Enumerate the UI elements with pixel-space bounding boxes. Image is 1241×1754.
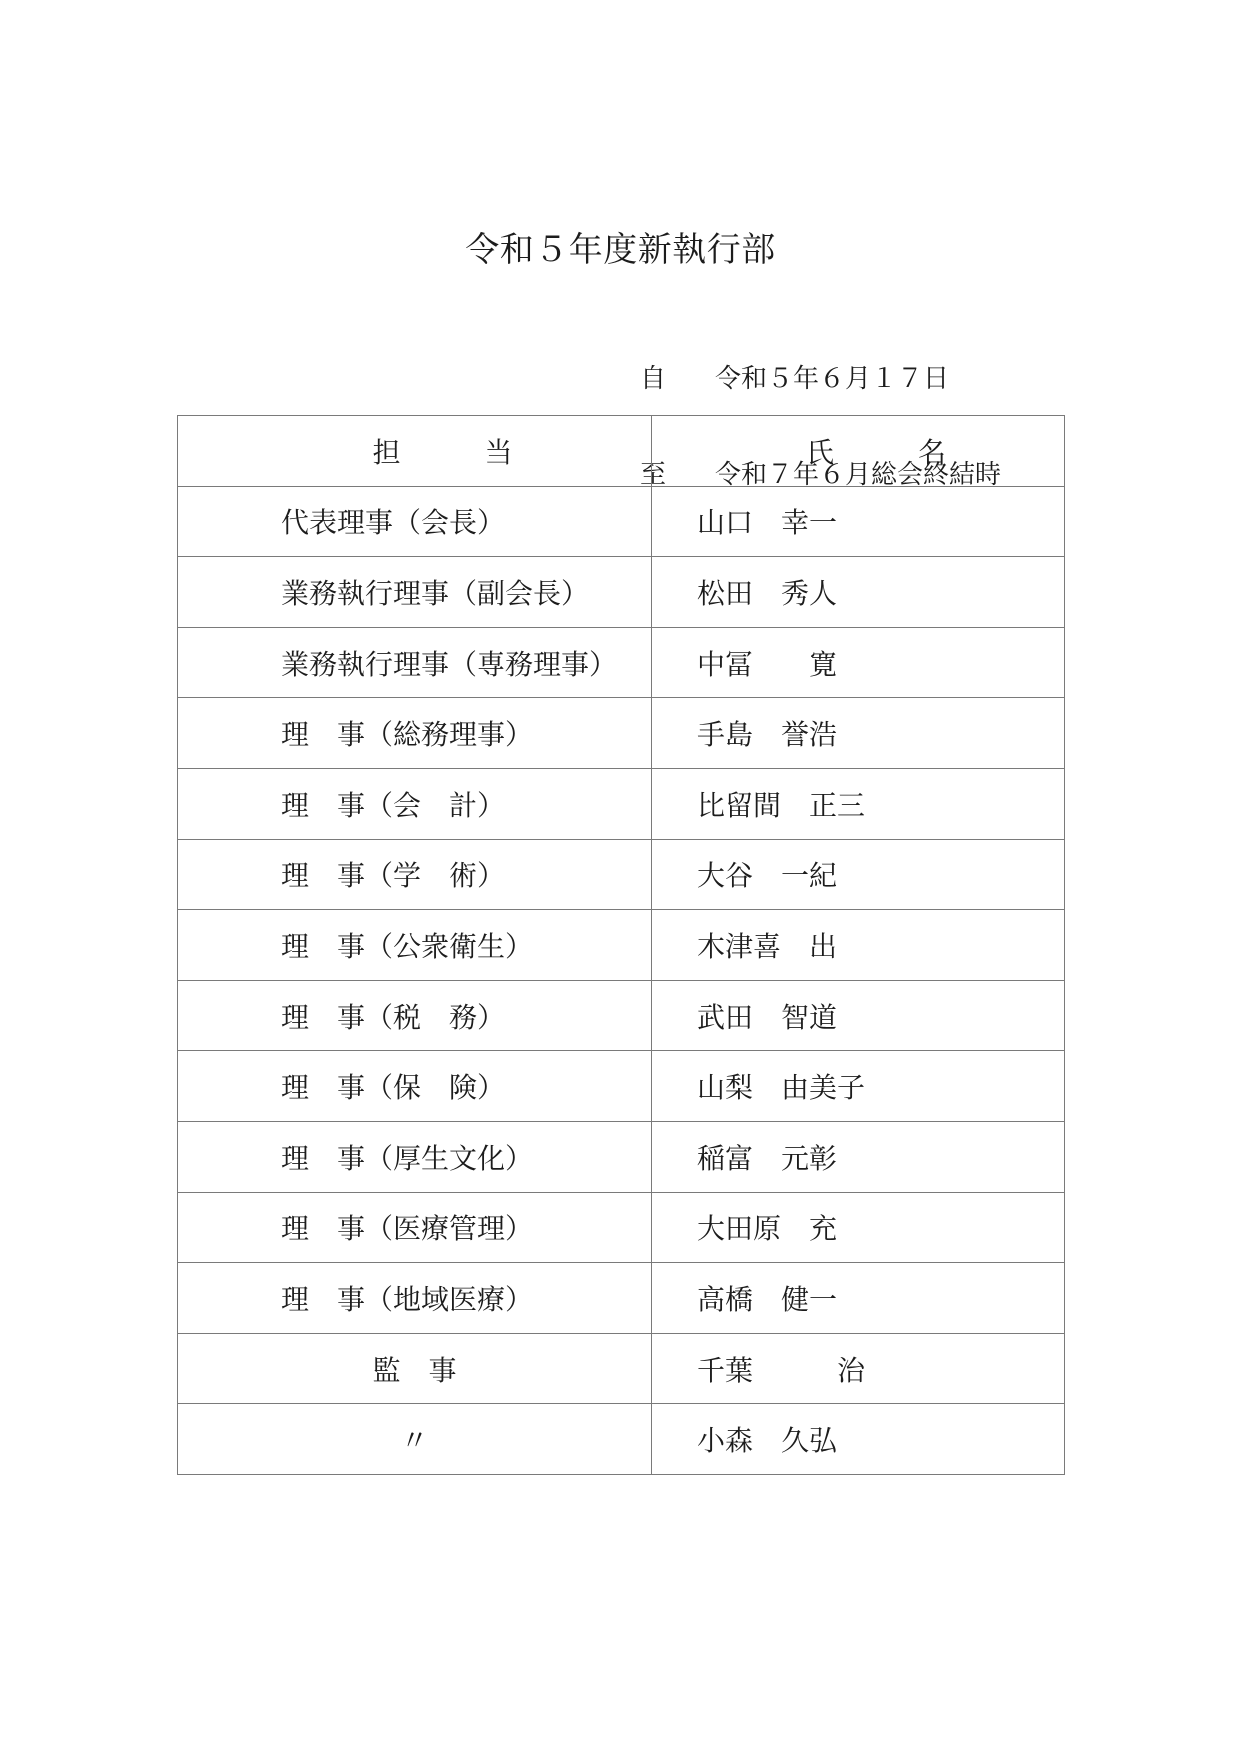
role-cell: 理 事（会 計）	[178, 768, 652, 839]
name-cell: 山梨 由美子	[652, 1051, 1065, 1122]
term-start-date: 令和５年６月１７日	[715, 364, 949, 394]
name-cell: 木津喜 出	[652, 910, 1065, 981]
header-name: 氏 名	[652, 416, 1065, 487]
role-cell: 理 事（総務理事）	[178, 698, 652, 769]
document-page: 令和５年度新執行部 自令和５年６月１７日 至令和７年６月総会終結時 担 当 氏 …	[0, 0, 1241, 1754]
name-cell: 千葉 治	[652, 1333, 1065, 1404]
table-row: 理 事（学 術） 大谷 一紀	[178, 839, 1065, 910]
role-cell: 理 事（公衆衛生）	[178, 910, 652, 981]
table-row: 理 事（税 務） 武田 智道	[178, 980, 1065, 1051]
name-cell: 稲富 元彰	[652, 1121, 1065, 1192]
name-cell: 小森 久弘	[652, 1404, 1065, 1475]
officers-table: 担 当 氏 名 代表理事（会長） 山口 幸一 業務執行理事（副会長） 松田 秀人…	[177, 415, 1065, 1475]
role-cell: 理 事（保 険）	[178, 1051, 652, 1122]
table-row: 理 事（地域医療） 高橋 健一	[178, 1263, 1065, 1334]
role-cell: 監 事	[178, 1333, 652, 1404]
table-row: 理 事（公衆衛生） 木津喜 出	[178, 910, 1065, 981]
table-row: 理 事（保 険） 山梨 由美子	[178, 1051, 1065, 1122]
name-cell: 中冨 寛	[652, 627, 1065, 698]
name-cell: 大田原 充	[652, 1192, 1065, 1263]
table-row: 理 事（総務理事） 手島 誉浩	[178, 698, 1065, 769]
term-start-line: 自令和５年６月１７日	[640, 363, 1001, 395]
table-row: 理 事（医療管理） 大田原 充	[178, 1192, 1065, 1263]
name-cell: 比留間 正三	[652, 768, 1065, 839]
name-cell: 山口 幸一	[652, 486, 1065, 557]
table-row: 代表理事（会長） 山口 幸一	[178, 486, 1065, 557]
name-cell: 高橋 健一	[652, 1263, 1065, 1334]
table-row: 〃 小森 久弘	[178, 1404, 1065, 1475]
table-row: 理 事（会 計） 比留間 正三	[178, 768, 1065, 839]
name-cell: 松田 秀人	[652, 557, 1065, 628]
role-cell: 理 事（厚生文化）	[178, 1121, 652, 1192]
name-cell: 大谷 一紀	[652, 839, 1065, 910]
role-cell: 業務執行理事（専務理事）	[178, 627, 652, 698]
role-cell: 業務執行理事（副会長）	[178, 557, 652, 628]
table-header-row: 担 当 氏 名	[178, 416, 1065, 487]
role-cell: 代表理事（会長）	[178, 486, 652, 557]
table-row: 理 事（厚生文化） 稲富 元彰	[178, 1121, 1065, 1192]
role-cell: 理 事（税 務）	[178, 980, 652, 1051]
name-cell: 手島 誉浩	[652, 698, 1065, 769]
role-cell: 理 事（学 術）	[178, 839, 652, 910]
role-cell: 理 事（地域医療）	[178, 1263, 652, 1334]
role-cell: 理 事（医療管理）	[178, 1192, 652, 1263]
table-row: 業務執行理事（副会長） 松田 秀人	[178, 557, 1065, 628]
term-start-label: 自	[640, 364, 666, 394]
header-role: 担 当	[178, 416, 652, 487]
role-cell-ditto: 〃	[178, 1404, 652, 1475]
table-row: 業務執行理事（専務理事） 中冨 寛	[178, 627, 1065, 698]
table-row: 監 事 千葉 治	[178, 1333, 1065, 1404]
name-cell: 武田 智道	[652, 980, 1065, 1051]
page-title: 令和５年度新執行部	[0, 222, 1241, 271]
